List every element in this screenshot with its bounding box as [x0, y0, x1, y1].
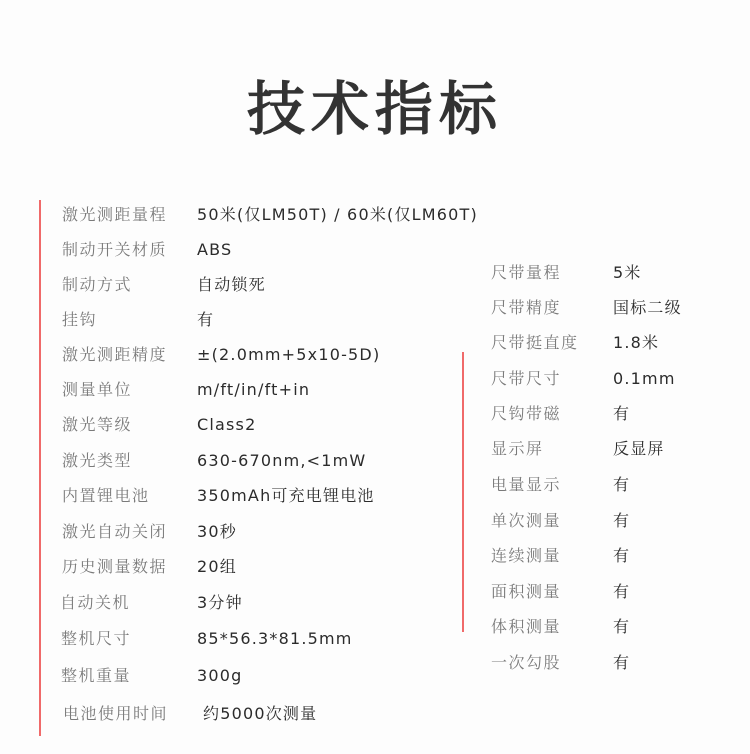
spec-label: 尺带量程 — [491, 261, 561, 285]
spec-value: 300g — [197, 664, 243, 688]
spec-value: 有 — [613, 544, 630, 568]
spec-value: ±(2.0mm+5x10-5D) — [197, 343, 380, 367]
spec-value: 反显屏 — [613, 437, 665, 461]
spec-label: 体积测量 — [491, 615, 561, 639]
spec-label: 内置锂电池 — [62, 484, 150, 508]
spec-value: 有 — [613, 615, 630, 639]
page-title: 技术指标 — [0, 62, 750, 146]
left-accent-line — [39, 200, 41, 736]
spec-value: 有 — [613, 402, 630, 426]
right-accent-line — [462, 352, 464, 632]
spec-label: 挂钩 — [62, 308, 97, 332]
spec-value: ABS — [197, 238, 232, 262]
spec-value: 有 — [613, 580, 630, 604]
spec-label: 一次勾股 — [491, 651, 561, 675]
spec-value: Class2 — [197, 413, 256, 437]
spec-label: 尺带精度 — [491, 296, 561, 320]
spec-label: 整机重量 — [61, 664, 131, 688]
spec-value: 有 — [613, 509, 630, 533]
spec-value: 自动锁死 — [197, 273, 266, 297]
spec-value: 0.1mm — [613, 367, 676, 391]
spec-label: 电量显示 — [491, 473, 561, 497]
spec-label: 尺带挺直度 — [491, 331, 579, 355]
spec-label: 尺带尺寸 — [491, 367, 561, 391]
spec-label: 激光等级 — [62, 413, 132, 437]
spec-label: 历史测量数据 — [62, 555, 167, 579]
spec-value: 有 — [197, 308, 214, 332]
spec-value: 30秒 — [197, 520, 237, 544]
spec-value: 50米(仅LM50T) / 60米(仅LM60T) — [197, 203, 478, 227]
spec-value: 1.8米 — [613, 331, 659, 355]
spec-value: 约5000次测量 — [203, 702, 317, 726]
spec-label: 激光测距精度 — [62, 343, 167, 367]
spec-value: 630-670nm,<1mW — [197, 449, 366, 473]
spec-value: 85*56.3*81.5mm — [197, 627, 353, 651]
spec-label: 面积测量 — [491, 580, 561, 604]
spec-label: 单次测量 — [491, 509, 561, 533]
spec-label: 连续测量 — [491, 544, 561, 568]
spec-label: 测量单位 — [62, 378, 132, 402]
spec-label: 整机尺寸 — [61, 627, 131, 651]
spec-label: 激光自动关闭 — [62, 520, 167, 544]
spec-value: 有 — [613, 473, 630, 497]
spec-value: 20组 — [197, 555, 237, 579]
spec-label: 尺钩带磁 — [491, 402, 561, 426]
spec-value: 有 — [613, 651, 630, 675]
spec-value: 国标二级 — [613, 296, 682, 320]
spec-value: 5米 — [613, 261, 642, 285]
spec-value: 3分钟 — [197, 591, 243, 615]
spec-label: 电池使用时间 — [63, 702, 168, 726]
spec-value: 350mAh可充电锂电池 — [197, 484, 375, 508]
spec-label: 显示屏 — [491, 437, 544, 461]
spec-label: 激光测距量程 — [62, 203, 167, 227]
spec-label: 激光类型 — [62, 449, 132, 473]
spec-value: m/ft/in/ft+in — [197, 378, 310, 402]
spec-label: 制动开关材质 — [62, 238, 167, 262]
spec-label: 自动关机 — [60, 591, 130, 615]
spec-label: 制动方式 — [62, 273, 132, 297]
